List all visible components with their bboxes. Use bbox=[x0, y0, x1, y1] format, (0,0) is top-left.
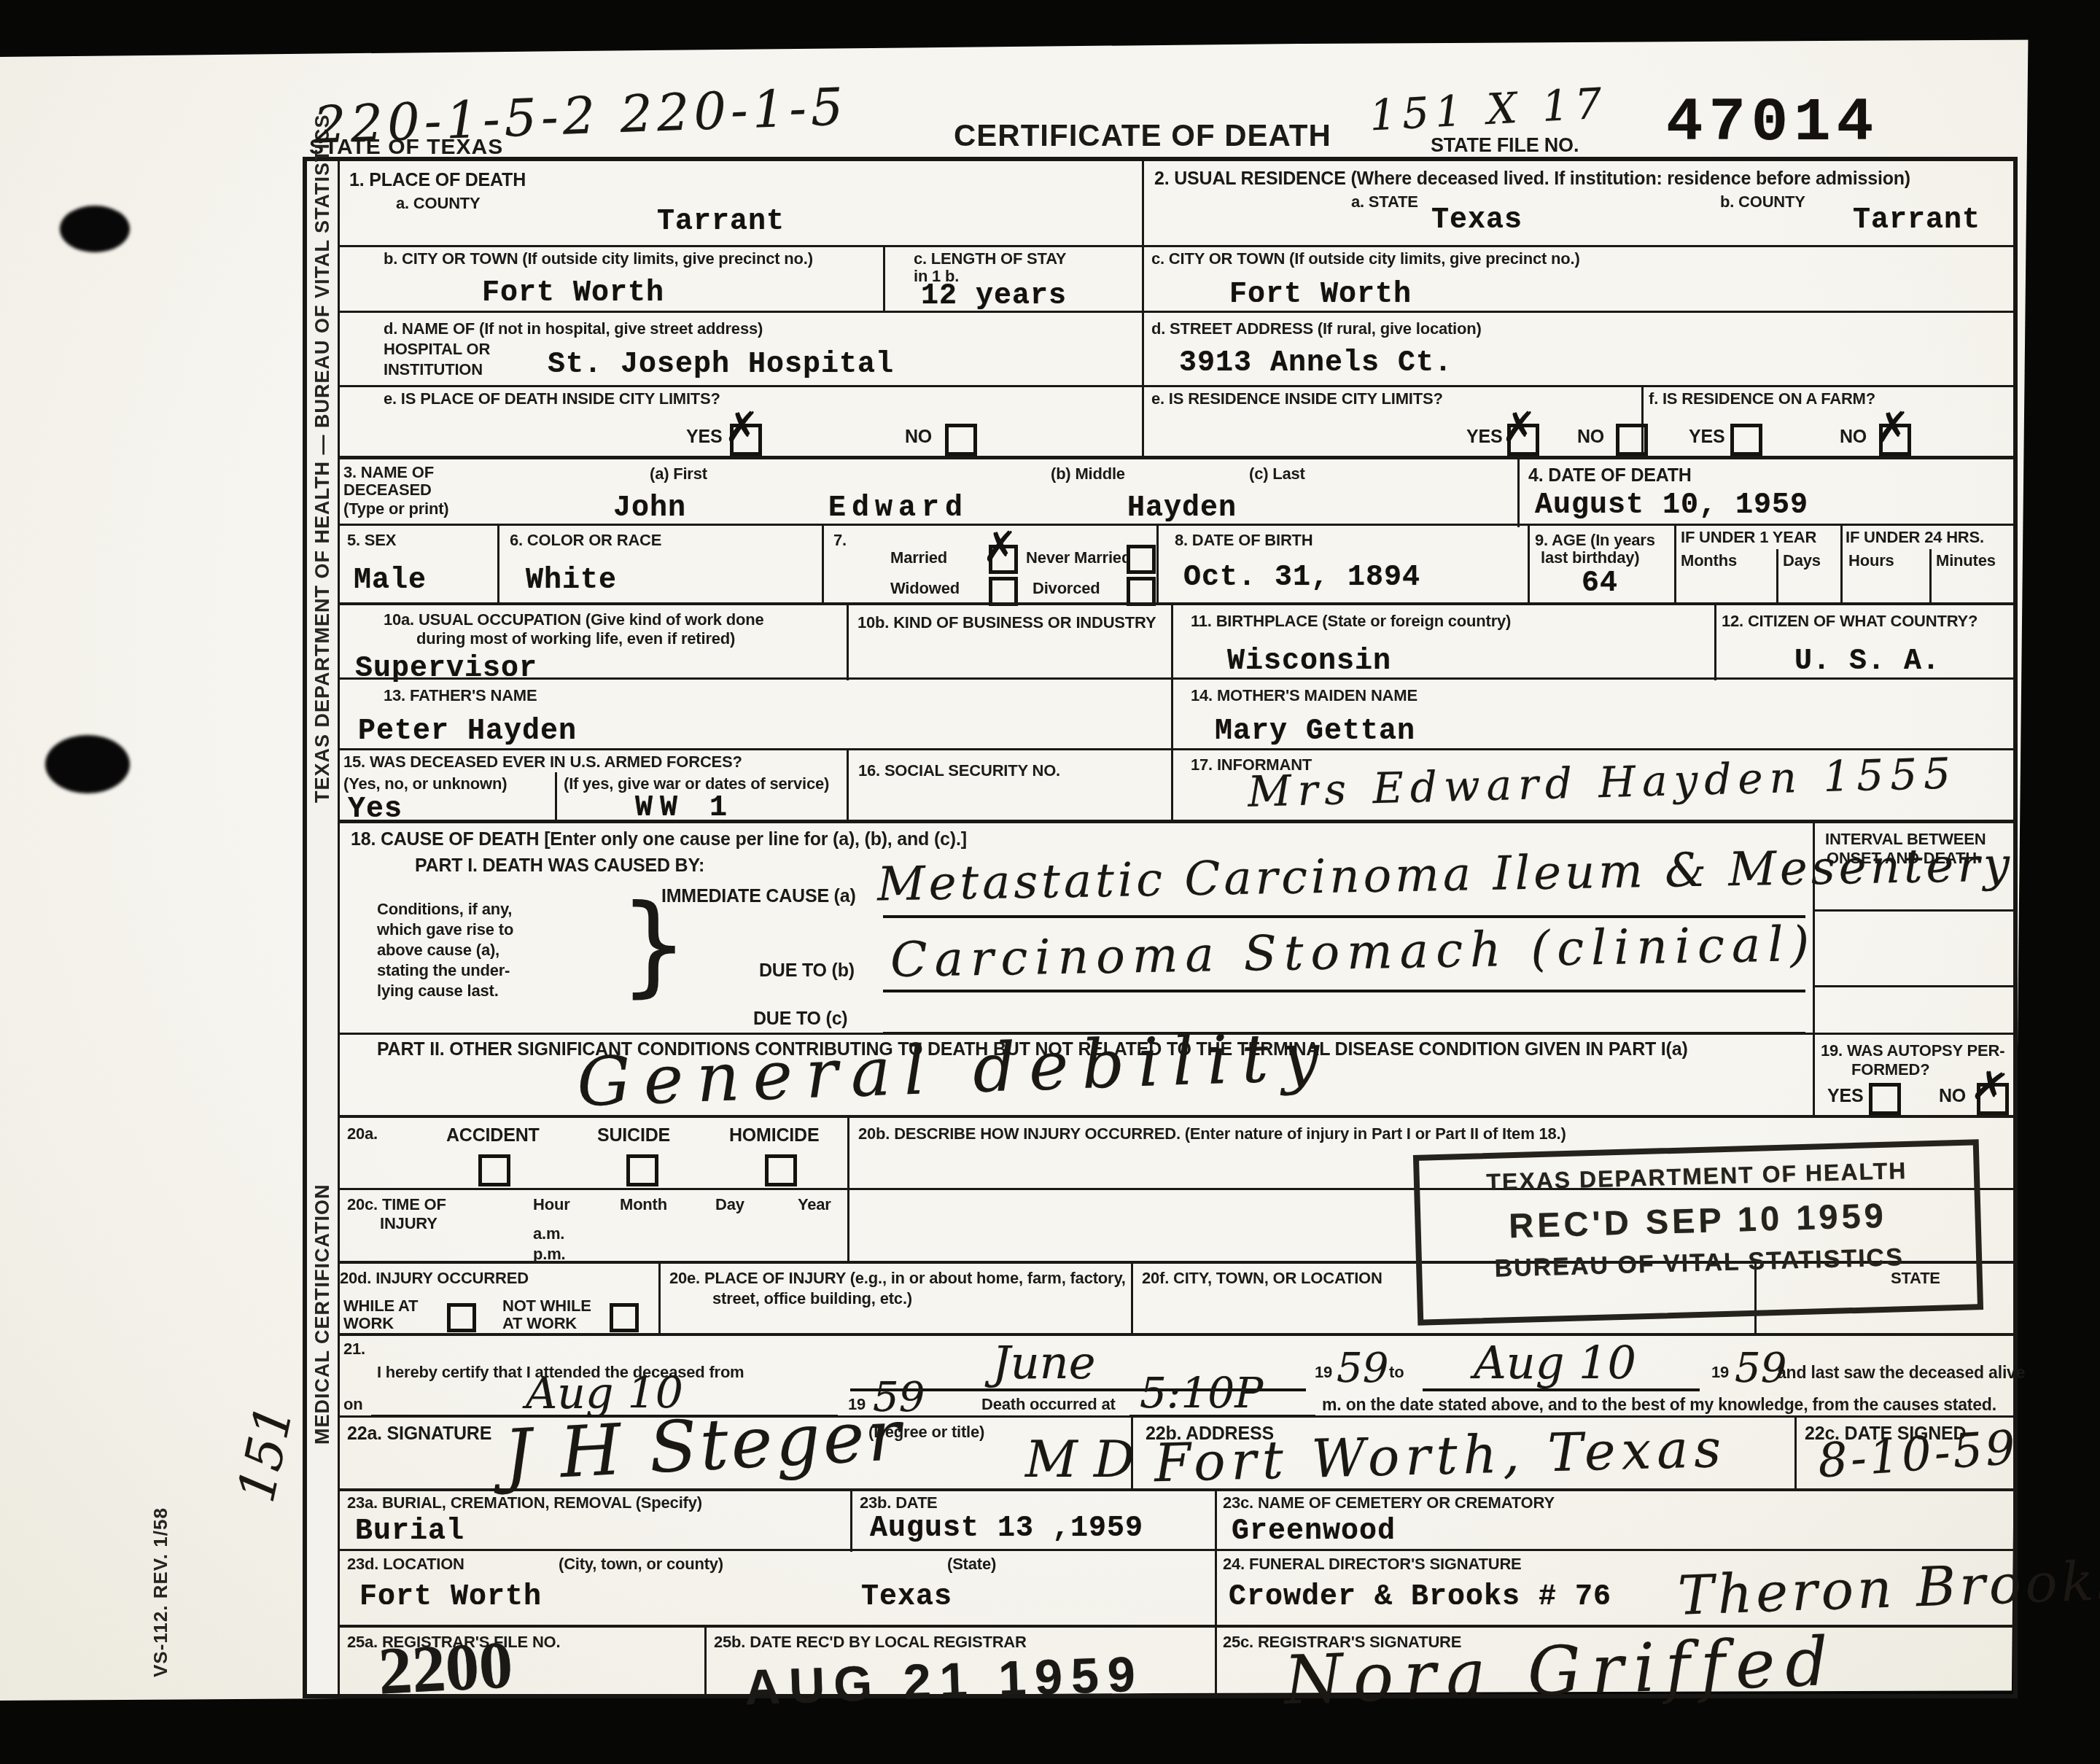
residence-county-label: b. COUNTY bbox=[1720, 193, 1805, 211]
due-to-c-label: DUE TO (c) bbox=[753, 1009, 848, 1029]
cemetery-label: 23c. NAME OF CEMETERY OR CREMATORY bbox=[1223, 1494, 1555, 1512]
injury-20a-label: 20a. bbox=[347, 1125, 378, 1143]
place-city-value: Fort Worth bbox=[482, 279, 664, 308]
residence-limits-label: e. IS RESIDENCE INSIDE CITY LIMITS? bbox=[1151, 390, 1443, 408]
cert-from-year-handwritten: 59 bbox=[1337, 1345, 1388, 1392]
residence-city-label: c. CITY OR TOWN (If outside city limits,… bbox=[1151, 250, 1580, 268]
father-label: 13. FATHER'S NAME bbox=[384, 687, 537, 705]
location-state-value: Texas bbox=[861, 1583, 952, 1612]
if-under-1-year-label: IF UNDER 1 YEAR bbox=[1681, 529, 1816, 547]
months-label: Months bbox=[1681, 552, 1737, 570]
place-county-label: a. COUNTY bbox=[396, 195, 481, 213]
residence-state-value: Texas bbox=[1431, 206, 1522, 236]
informant-value-handwritten: Mrs Edward Hayden 1555 bbox=[1247, 748, 1958, 816]
row-signature: 22a. SIGNATURE J H Steger (Degree or tit… bbox=[307, 1415, 2013, 1491]
time-of-injury-label1: 20c. TIME OF bbox=[347, 1196, 446, 1214]
cause-of-death-label: 18. CAUSE OF DEATH [Enter only one cause… bbox=[351, 829, 967, 850]
hour-label: Hour bbox=[533, 1196, 570, 1214]
while-at-work-checkbox bbox=[447, 1303, 476, 1332]
location-label: 23d. LOCATION bbox=[347, 1555, 464, 1574]
autopsy-label2: FORMED? bbox=[1851, 1061, 1929, 1079]
place-county-value: Tarrant bbox=[657, 208, 785, 237]
farm-no-label: NO bbox=[1840, 427, 1867, 447]
race-label: 6. COLOR OR RACE bbox=[510, 532, 661, 550]
residence-city-value: Fort Worth bbox=[1229, 281, 1412, 310]
state-file-no-label: STATE FILE NO. bbox=[1431, 134, 1579, 156]
am-label: a.m. bbox=[533, 1225, 564, 1243]
dob-value: Oct. 31, 1894 bbox=[1183, 564, 1420, 593]
left-label-strip: TEXAS DEPARTMENT OF HEALTH — BUREAU OF V… bbox=[307, 161, 340, 1694]
row-city-stay: b. CITY OR TOWN (If outside city limits,… bbox=[307, 245, 2013, 313]
received-stamp-line3: BUREAU OF VITAL STATISTICS bbox=[1422, 1241, 1977, 1285]
cert-death-occurred-text: Death occurred at bbox=[981, 1396, 1116, 1414]
middle-name-label: (b) Middle bbox=[1051, 465, 1125, 483]
divorced-checkbox bbox=[1127, 577, 1156, 606]
first-name-label: (a) First bbox=[650, 465, 707, 483]
married-label: Married bbox=[890, 549, 947, 567]
burial-date-label: 23b. DATE bbox=[860, 1494, 938, 1512]
autopsy-yes-checkbox bbox=[1869, 1083, 1901, 1115]
immediate-cause-handwritten: Metastatic Carcinoma Ileum & Mesentery bbox=[876, 838, 2013, 912]
signature-label: 22a. SIGNATURE bbox=[347, 1423, 491, 1444]
occupation-label2: during most of working life, even if ret… bbox=[416, 630, 735, 648]
year-label: Year bbox=[798, 1196, 831, 1214]
marital-label: 7. bbox=[833, 532, 847, 550]
divorced-label: Divorced bbox=[1032, 580, 1100, 598]
autopsy-no-label: NO bbox=[1939, 1086, 1966, 1106]
cert-year-prefix2: 19 bbox=[1711, 1364, 1729, 1382]
homicide-label: HOMICIDE bbox=[729, 1125, 819, 1146]
certificate-form: TEXAS DEPARTMENT OF HEALTH — BUREAU OF V… bbox=[303, 157, 2018, 1698]
birthplace-value: Wisconsin bbox=[1227, 648, 1391, 677]
place-of-injury-label2: street, office building, etc.) bbox=[712, 1290, 912, 1308]
received-stamp-line2: REC'D SEP 10 1959 bbox=[1420, 1192, 1975, 1248]
place-limits-yes-label: YES bbox=[686, 427, 722, 447]
sex-label: 5. SEX bbox=[347, 532, 396, 550]
dept-vertical-label: TEXAS DEPARTMENT OF HEALTH — BUREAU OF V… bbox=[311, 114, 334, 804]
conditions-brace: } bbox=[619, 890, 688, 1000]
conditions-note-5: lying cause last. bbox=[377, 982, 499, 1000]
street-value: 3913 Annels Ct. bbox=[1179, 349, 1452, 378]
time-of-injury-label2: INJURY bbox=[380, 1215, 437, 1233]
cert-from-handwritten: June bbox=[992, 1336, 1095, 1389]
street-label: d. STREET ADDRESS (If rural, give locati… bbox=[1151, 320, 1482, 338]
row-burial: 23a. BURIAL, CREMATION, REMOVAL (Specify… bbox=[307, 1488, 2013, 1552]
place-limits-no-checkbox bbox=[945, 424, 977, 456]
row-occupation: 10a. USUAL OCCUPATION (Give kind of work… bbox=[307, 602, 2013, 680]
conditions-note-2: which gave rise to bbox=[377, 921, 513, 939]
hospital-label2: HOSPITAL OR bbox=[384, 341, 490, 359]
medical-certification-vertical-label: MEDICAL CERTIFICATION bbox=[311, 1184, 334, 1445]
injury-city-label: 20f. CITY, TOWN, OR LOCATION bbox=[1142, 1270, 1382, 1288]
autopsy-label1: 19. WAS AUTOPSY PER- bbox=[1821, 1042, 2004, 1060]
row-place-residence: 1. PLACE OF DEATH a. COUNTY Tarrant 2. U… bbox=[307, 161, 2013, 245]
occupation-label1: 10a. USUAL OCCUPATION (Give kind of work… bbox=[384, 611, 764, 629]
farm-yes-checkbox bbox=[1730, 424, 1762, 456]
dob-label: 8. DATE OF BIRTH bbox=[1175, 532, 1313, 550]
cert-on-text: on bbox=[343, 1396, 362, 1414]
burial-value: Burial bbox=[355, 1518, 464, 1547]
hole-punch-top bbox=[60, 206, 130, 252]
age-label1: 9. AGE (In years bbox=[1535, 532, 1655, 550]
widowed-label: Widowed bbox=[890, 580, 960, 598]
last-name-value: Hayden bbox=[1127, 494, 1237, 524]
armed-forces-sub1: (Yes, no, or unknown) bbox=[343, 775, 507, 793]
location-sub1: (City, town, or county) bbox=[559, 1555, 723, 1574]
cert-to-handwritten: Aug 10 bbox=[1474, 1336, 1636, 1389]
describe-injury-label: 20b. DESCRIBE HOW INJURY OCCURRED. (Ente… bbox=[858, 1125, 1566, 1143]
place-limits-label: e. IS PLACE OF DEATH INSIDE CITY LIMITS? bbox=[384, 390, 720, 408]
state-file-number: 47014 bbox=[1666, 93, 1879, 155]
part1-label: PART I. DEATH WAS CAUSED BY: bbox=[415, 855, 704, 876]
citizen-value: U. S. A. bbox=[1794, 648, 1940, 677]
suicide-checkbox bbox=[626, 1154, 658, 1186]
place-limits-no-label: NO bbox=[905, 427, 932, 447]
hours-label: Hours bbox=[1848, 552, 1894, 570]
immediate-cause-label: IMMEDIATE CAUSE (a) bbox=[661, 886, 856, 906]
row-location-director: 23d. LOCATION (City, town, or county) (S… bbox=[307, 1549, 2013, 1627]
injury-occurred-label: 20d. INJURY OCCURRED bbox=[340, 1270, 529, 1288]
name-label2: DECEASED bbox=[343, 481, 432, 500]
name-label1: 3. NAME OF bbox=[343, 464, 434, 482]
row-city-limits: e. IS PLACE OF DEATH INSIDE CITY LIMITS?… bbox=[307, 385, 2013, 458]
age-value: 64 bbox=[1582, 570, 1618, 599]
cert-year-prefix1: 19 bbox=[1315, 1364, 1332, 1382]
received-stamp: TEXAS DEPARTMENT OF HEALTH REC'D SEP 10 … bbox=[1413, 1139, 1983, 1326]
residence-limits-yes-label: YES bbox=[1466, 427, 1502, 447]
mother-value: Mary Gettan bbox=[1215, 718, 1415, 747]
widowed-checkbox bbox=[989, 577, 1018, 606]
location-city-value: Fort Worth bbox=[359, 1583, 542, 1612]
hospital-label3: INSTITUTION bbox=[384, 361, 483, 379]
place-of-injury-label1: 20e. PLACE OF INJURY (e.g., in or about … bbox=[669, 1270, 1126, 1288]
row-sex-race-marital: 5. SEX Male 6. COLOR OR RACE White 7. Ma… bbox=[307, 524, 2013, 605]
day-label: Day bbox=[715, 1196, 744, 1214]
certificate-title: CERTIFICATE OF DEATH bbox=[954, 118, 1331, 152]
accident-label: ACCIDENT bbox=[446, 1125, 540, 1146]
autopsy-yes-label: YES bbox=[1827, 1086, 1863, 1106]
immediate-cause-line bbox=[883, 915, 1805, 918]
cert-to-year-handwritten: 59 bbox=[1735, 1345, 1786, 1392]
date-of-death-label: 4. DATE OF DEATH bbox=[1528, 465, 1692, 486]
cert-time-handwritten: 5:10P bbox=[1140, 1368, 1263, 1418]
row-parents: 13. FATHER'S NAME Peter Hayden 14. MOTHE… bbox=[307, 677, 2013, 750]
farm-yes-label: YES bbox=[1689, 427, 1724, 447]
while-at-label2: WORK bbox=[343, 1315, 394, 1333]
farm-no-mark: ✗ bbox=[1875, 406, 1910, 448]
registrar-file-stamp: 2200 bbox=[376, 1625, 514, 1709]
cert-m-text: m. on the date stated above, and to the … bbox=[1322, 1396, 1996, 1415]
hospital-value: St. Joseph Hospital bbox=[548, 351, 894, 380]
accident-checkbox bbox=[478, 1154, 510, 1186]
month-label: Month bbox=[620, 1196, 667, 1214]
conditions-note-4: stating the under- bbox=[377, 962, 510, 980]
middle-name-value: Edward bbox=[828, 494, 968, 524]
cemetery-value: Greenwood bbox=[1232, 1518, 1396, 1547]
scanned-death-certificate: { "header": { "file_code_hw": "220-1-5-2… bbox=[0, 0, 2100, 1764]
residence-county-value: Tarrant bbox=[1853, 206, 1980, 236]
while-at-label1: WHILE AT bbox=[343, 1297, 418, 1316]
burial-date-value: August 13 ,1959 bbox=[870, 1515, 1143, 1544]
never-married-checkbox bbox=[1127, 545, 1156, 574]
homicide-checkbox bbox=[765, 1154, 797, 1186]
armed-forces-war: WW 1 bbox=[635, 794, 734, 823]
name-label3: (Type or print) bbox=[343, 500, 448, 518]
funeral-director-value: Crowder & Brooks # 76 bbox=[1229, 1583, 1611, 1612]
date-of-death-value: August 10, 1959 bbox=[1535, 491, 1808, 521]
burial-label: 23a. BURIAL, CREMATION, REMOVAL (Specify… bbox=[347, 1494, 702, 1512]
last-name-label: (c) Last bbox=[1249, 465, 1305, 483]
hospital-label: d. NAME OF (If not in hospital, give str… bbox=[384, 320, 763, 338]
conditions-note-1: Conditions, if any, bbox=[377, 901, 512, 919]
row-certification: 21. I hereby certify that I attended the… bbox=[307, 1333, 2013, 1418]
due-to-b-line bbox=[883, 990, 1805, 992]
ssn-label: 16. SOCIAL SECURITY NO. bbox=[858, 762, 1060, 780]
residence-limits-yes-mark: ✗ bbox=[1501, 406, 1537, 448]
row-cause-of-death: 18. CAUSE OF DEATH [Enter only one cause… bbox=[307, 820, 2013, 1036]
row-part2-autopsy: PART II. OTHER SIGNIFICANT CONDITIONS CO… bbox=[307, 1033, 2013, 1117]
not-while-label1: NOT WHILE bbox=[502, 1297, 591, 1316]
days-label: Days bbox=[1783, 552, 1821, 570]
minutes-label: Minutes bbox=[1936, 552, 1996, 570]
row-service-informant: 15. WAS DECEASED EVER IN U.S. ARMED FORC… bbox=[307, 748, 2013, 822]
part2-handwritten: General debility bbox=[575, 1017, 1334, 1122]
first-name-value: John bbox=[613, 494, 686, 524]
cert-number: 21. bbox=[343, 1340, 365, 1359]
conditions-note-3: above cause (a), bbox=[377, 941, 499, 960]
degree-handwritten: M D bbox=[1025, 1429, 1135, 1489]
armed-forces-sub2: (If yes, give war or dates of service) bbox=[564, 775, 829, 793]
place-limits-yes-mark: ✗ bbox=[724, 406, 760, 448]
place-city-label: b. CITY OR TOWN (If outside city limits,… bbox=[384, 250, 813, 268]
received-stamp-line1: TEXAS DEPARTMENT OF HEALTH bbox=[1419, 1155, 1974, 1197]
funeral-director-label: 24. FUNERAL DIRECTOR'S SIGNATURE bbox=[1223, 1555, 1522, 1574]
race-value: White bbox=[526, 567, 617, 596]
row-name-deceased: 3. NAME OF DECEASED (Type or print) (a) … bbox=[307, 456, 2013, 527]
never-married-label: Never Married bbox=[1026, 549, 1131, 567]
place-of-death-label: 1. PLACE OF DEATH bbox=[349, 170, 526, 190]
armed-forces-label: 15. WAS DECEASED EVER IN U.S. ARMED FORC… bbox=[343, 753, 742, 772]
suicide-label: SUICIDE bbox=[597, 1125, 670, 1146]
citizen-label: 12. CITIZEN OF WHAT COUNTRY? bbox=[1722, 613, 1977, 631]
if-under-24-hrs-label: IF UNDER 24 HRS. bbox=[1846, 529, 1984, 547]
sex-value: Male bbox=[354, 567, 427, 596]
due-to-b-handwritten: Carcinoma Stomach (clinical) bbox=[890, 916, 1816, 988]
due-to-b-label: DUE TO (b) bbox=[759, 960, 855, 981]
not-while-at-work-checkbox bbox=[610, 1303, 639, 1332]
farm-label: f. IS RESIDENCE ON A FARM? bbox=[1649, 390, 1875, 408]
location-sub2: (State) bbox=[947, 1555, 996, 1574]
row-registrar: 25a. REGISTRAR'S FILE NO. 2200 25b. DATE… bbox=[307, 1625, 2013, 1697]
age-label2: last birthday) bbox=[1541, 549, 1639, 567]
mother-label: 14. MOTHER'S MAIDEN NAME bbox=[1191, 687, 1417, 705]
stay-label: c. LENGTH OF STAY bbox=[914, 250, 1066, 268]
date-received-label: 25b. DATE REC'D BY LOCAL REGISTRAR bbox=[714, 1633, 1027, 1652]
residence-limits-no-label: NO bbox=[1577, 427, 1604, 447]
row-hospital-street: d. NAME OF (If not in hospital, give str… bbox=[307, 311, 2013, 387]
residence-label: 2. USUAL RESIDENCE (Where deceased lived… bbox=[1154, 168, 1910, 189]
residence-limits-no-checkbox bbox=[1616, 424, 1648, 456]
not-while-label2: AT WORK bbox=[502, 1315, 577, 1333]
cert-to-text: to bbox=[1389, 1364, 1404, 1382]
cert-alive-text: and last saw the deceased alive bbox=[1777, 1364, 2025, 1383]
father-value: Peter Hayden bbox=[358, 718, 577, 747]
form-number-vertical: VS-112. REV. 1/58 bbox=[149, 1507, 172, 1677]
residence-state-label: a. STATE bbox=[1351, 193, 1418, 211]
stay-value: 12 years bbox=[921, 282, 1067, 311]
birthplace-label: 11. BIRTHPLACE (State or foreign country… bbox=[1191, 613, 1511, 631]
married-mark: ✗ bbox=[982, 526, 1018, 568]
industry-label: 10b. KIND OF BUSINESS OR INDUSTRY bbox=[857, 614, 1156, 632]
hole-punch-bottom bbox=[45, 735, 130, 793]
